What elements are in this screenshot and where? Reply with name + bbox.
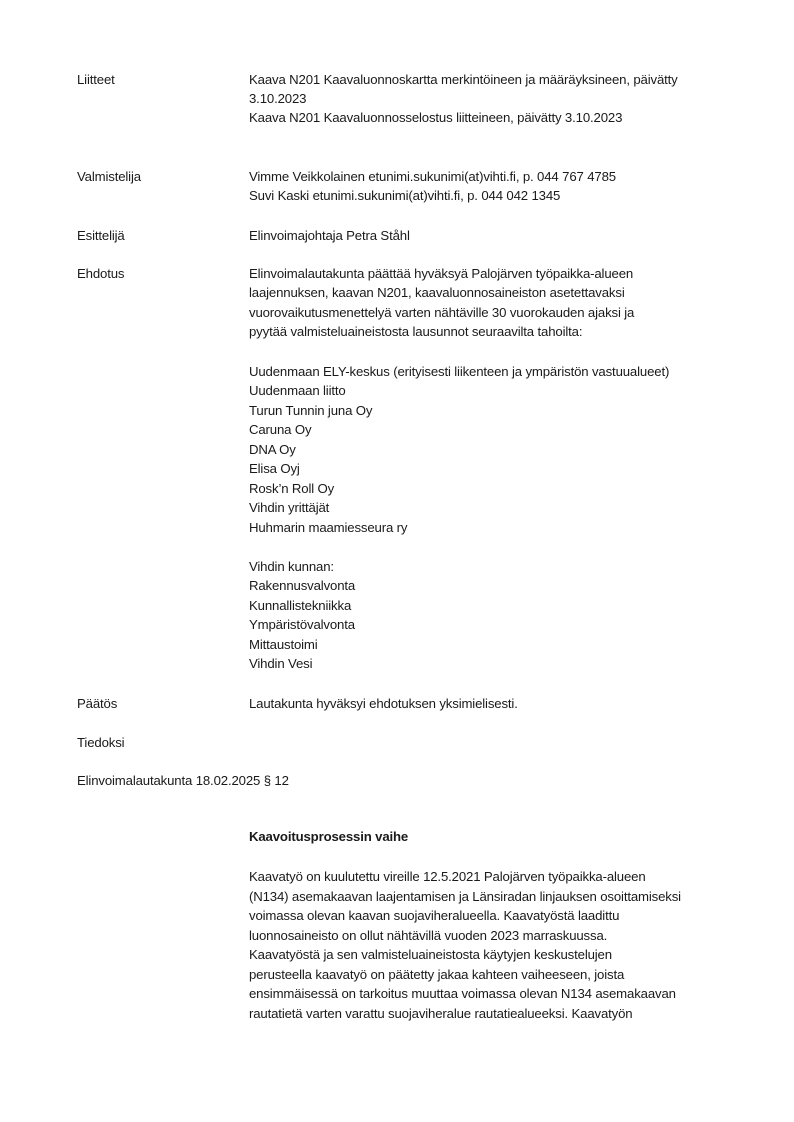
municipality-unit: Vihdin Vesi (249, 654, 312, 673)
proposal-line: laajennuksen, kaavan N201, kaavaluonnosa… (249, 283, 625, 302)
planning-stage-line: Kaavatyöstä ja sen valmisteluaineistosta… (249, 945, 612, 964)
decision-label: Päätös (77, 694, 117, 713)
presenter-name: Elinvoimajohtaja Petra Ståhl (249, 226, 410, 245)
planning-stage-heading: Kaavoitusprosessin vaihe (249, 827, 408, 846)
proposal-line: vuorovaikutusmenettelyä varten nähtävill… (249, 303, 634, 322)
planning-stage-line: (N134) asemakaavan laajentamisen ja Läns… (249, 887, 681, 906)
planning-stage-line: rautatietä varten varattu suojaviheralue… (249, 1004, 632, 1023)
attachment-line: Kaava N201 Kaavaluonnoskartta merkintöin… (249, 70, 678, 89)
recipient-item: Huhmarin maamiesseura ry (249, 518, 407, 537)
proposal-line: pyytää valmisteluaineistosta lausunnot s… (249, 322, 582, 341)
municipality-unit: Kunnallistekniikka (249, 596, 351, 615)
attachment-line: 3.10.2023 (249, 89, 306, 108)
recipient-item: Rosk’n Roll Oy (249, 479, 334, 498)
attachment-line: Kaava N201 Kaavaluonnosselostus liittein… (249, 108, 622, 127)
planning-stage-line: perusteella kaavatyö on päätetty jakaa k… (249, 965, 624, 984)
recipient-item: Turun Tunnin juna Oy (249, 401, 372, 420)
recipient-item: Elisa Oyj (249, 459, 300, 478)
for-information-label: Tiedoksi (77, 733, 124, 752)
planning-stage-line: luonnosaineisto on ollut nähtävillä vuod… (249, 926, 607, 945)
meeting-reference: Elinvoimalautakunta 18.02.2025 § 12 (77, 771, 289, 790)
recipient-item: Vihdin yrittäjät (249, 498, 329, 517)
planning-stage-line: ensimmäisessä on tarkoitus muuttaa voima… (249, 984, 676, 1003)
proposal-label: Ehdotus (77, 264, 124, 283)
attachments-label: Liitteet (77, 70, 115, 89)
decision-text: Lautakunta hyväksyi ehdotuksen yksimieli… (249, 694, 518, 713)
municipality-unit: Mittaustoimi (249, 635, 318, 654)
planning-stage-line: voimassa olevan kaavan suojaviheralueell… (249, 906, 619, 925)
municipality-unit: Ympäristövalvonta (249, 615, 355, 634)
recipient-item: Uudenmaan liitto (249, 381, 346, 400)
proposal-line: Elinvoimalautakunta päättää hyväksyä Pal… (249, 264, 633, 283)
recipient-item: Caruna Oy (249, 420, 311, 439)
recipient-item: Uudenmaan ELY-keskus (erityisesti liiken… (249, 362, 669, 381)
preparer-line: Vimme Veikkolainen etunimi.sukunimi(at)v… (249, 167, 616, 186)
recipient-item: DNA Oy (249, 440, 296, 459)
preparer-label: Valmistelija (77, 167, 141, 186)
preparer-line: Suvi Kaski etunimi.sukunimi(at)vihti.fi,… (249, 186, 560, 205)
presenter-label: Esittelijä (77, 226, 125, 245)
planning-stage-line: Kaavatyö on kuulutettu vireille 12.5.202… (249, 867, 646, 886)
municipality-unit: Rakennusvalvonta (249, 576, 355, 595)
municipality-heading: Vihdin kunnan: (249, 557, 334, 576)
